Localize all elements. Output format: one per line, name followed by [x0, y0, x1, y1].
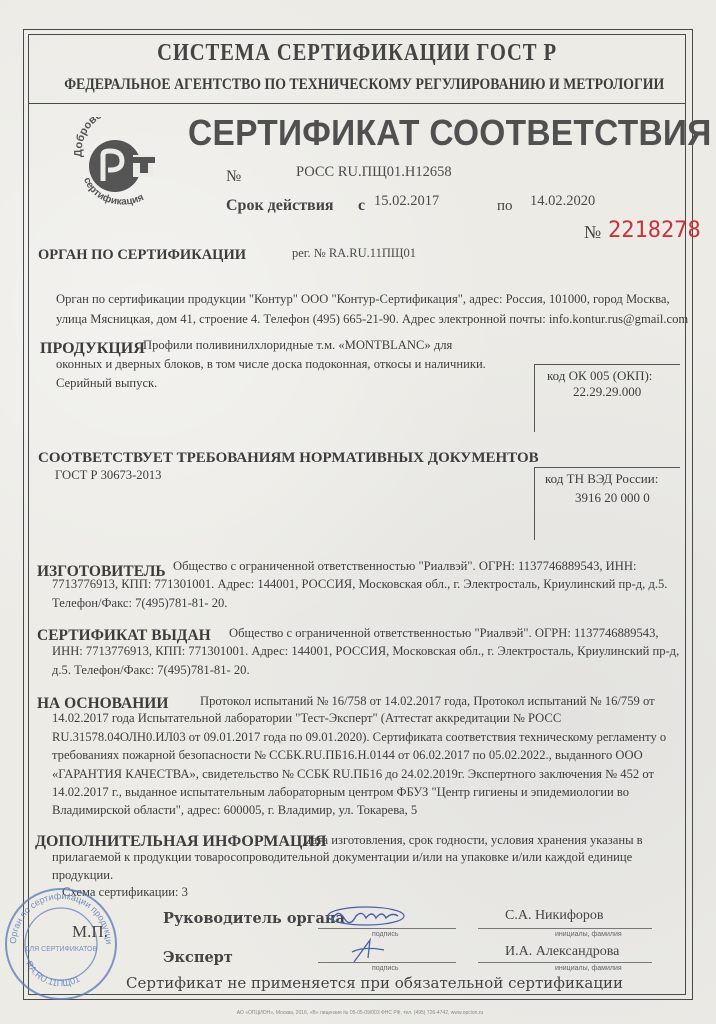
- cert-body-reg-number: рег. № RA.RU.11ПЩ01: [292, 246, 416, 261]
- expert-signature-icon: [350, 936, 390, 964]
- agency-name: ФЕДЕРАЛЬНОЕ АГЕНТСТВО ПО ТЕХНИЧЕСКОМУ РЕ…: [64, 76, 650, 94]
- compliance-heading: СООТВЕТСТВУЕТ ТРЕБОВАНИЯМ НОРМАТИВНЫХ ДО…: [38, 450, 539, 467]
- issued-to-line-2: ИНН: 7713776913, КПП: 771301001. Адрес: …: [52, 642, 679, 662]
- system-title: СИСТЕМА СЕРТИФИКАЦИИ ГОСТ Р: [74, 40, 640, 67]
- manufacturer-line-2: 7713776913, КПП: 771301001. Адрес: 14400…: [52, 575, 667, 595]
- head-name: С.А. Никифоров: [505, 908, 604, 924]
- cert-body-heading: ОРГАН ПО СЕРТИФИКАЦИИ: [38, 247, 246, 264]
- serial-label: №: [584, 222, 601, 243]
- signature-caption: подпись: [372, 965, 398, 972]
- okp-code: 22.29.29.000: [535, 384, 680, 400]
- head-name-line: [478, 928, 652, 929]
- basis-line: 14.02.2017 г., выданное испытательным ла…: [52, 783, 629, 803]
- header-divider: [28, 103, 686, 104]
- head-signature-line: [318, 928, 456, 929]
- product-line-2: оконных и дверных блоков, в том числе до…: [56, 355, 486, 375]
- expert-name: И.А. Александрова: [505, 944, 619, 960]
- manufacturer-line-3: Телефон/Факс: 7(495)781-81- 20.: [52, 594, 227, 614]
- name-caption: инициалы, фамилия: [555, 965, 622, 972]
- validity-label: Срок действия: [226, 197, 334, 215]
- basis-line: 14.02.2017 года Испытательной лаборатори…: [52, 709, 561, 729]
- validity-from-label: с: [358, 197, 365, 215]
- name-caption: инициалы, фамилия: [555, 931, 622, 938]
- expert-name-line: [478, 962, 652, 963]
- product-line-1: Профили поливинилхлоридные т.м. «MONTBLA…: [143, 336, 452, 356]
- basis-line: требованиях пожарной безопасности № ССБК…: [52, 746, 643, 766]
- cert-body-details: Орган по сертификации продукции "Контур"…: [56, 290, 688, 329]
- tnved-label: код ТН ВЭД России:: [535, 468, 680, 487]
- basis-line: Владимирской области", адрес: 600005, г.…: [52, 801, 417, 821]
- basis-line: «ГАРАНТИЯ КАЧЕСТВА», свидетельство № ССБ…: [52, 765, 654, 785]
- certificate-number: РОСС RU.ПЩ01.Н12658: [296, 164, 452, 181]
- manufacturer-line-1: Общество с ограниченной ответственностью…: [173, 557, 636, 577]
- svg-text:ДЛЯ СЕРТИФИКАТОВ: ДЛЯ СЕРТИФИКАТОВ: [25, 946, 98, 953]
- standard-reference: ГОСТ Р 30673-2013: [55, 466, 161, 486]
- seal-stamp-icon: Орган по сертификации продукции «Контур»…: [2, 885, 120, 1003]
- serial-number: 2218278: [608, 218, 701, 243]
- rst-logo-icon: Добровольная сертификация: [70, 117, 170, 207]
- validity-to-label: по: [497, 198, 513, 215]
- cert-body-line: улица Мясницкая, дом 41, строение 4. Тел…: [56, 310, 688, 330]
- number-label: №: [226, 168, 241, 186]
- svg-text:RA.RU.11ПЩ01: RA.RU.11ПЩ01: [24, 959, 81, 988]
- tnved-code: 3916 20 000 0: [535, 487, 680, 506]
- okp-code-box: код ОК 005 (ОКП): 22.29.29.000: [534, 364, 680, 432]
- printer-info: АО «ОПЦИОН», Москва, 2016, «В» лицензия …: [180, 1010, 540, 1016]
- seal-placeholder-label: М.П.: [72, 922, 108, 942]
- issued-to-line-3: д.5. Телефон/Факс: 7(495)781-81- 20.: [52, 661, 250, 681]
- head-signature-icon: [322, 904, 406, 928]
- voluntary-certification-note: Сертификат не применяется при обязательн…: [126, 974, 623, 992]
- additional-line-2: прилагаемой к продукции товаросопроводит…: [52, 848, 632, 868]
- certificate-title: СЕРТИФИКАТ СООТВЕТСТВИЯ: [188, 112, 712, 154]
- basis-line: RU.31578.04ОЛН0.ИЛ03 от 09.01.2017 года …: [52, 728, 666, 748]
- tnved-code-box: код ТН ВЭД России: 3916 20 000 0: [534, 467, 680, 540]
- valid-from-date: 15.02.2017: [374, 193, 439, 210]
- head-of-body-label: Руководитель органа: [163, 910, 345, 927]
- expert-label: Эксперт: [163, 949, 233, 966]
- valid-to-date: 14.02.2020: [530, 193, 595, 210]
- okp-label: код ОК 005 (ОКП):: [535, 365, 680, 384]
- cert-body-line: Орган по сертификации продукции "Контур"…: [56, 290, 688, 310]
- issued-to-line-1: Общество с ограниченной ответственностью…: [229, 624, 659, 644]
- product-line-3: Серийный выпуск.: [56, 374, 157, 394]
